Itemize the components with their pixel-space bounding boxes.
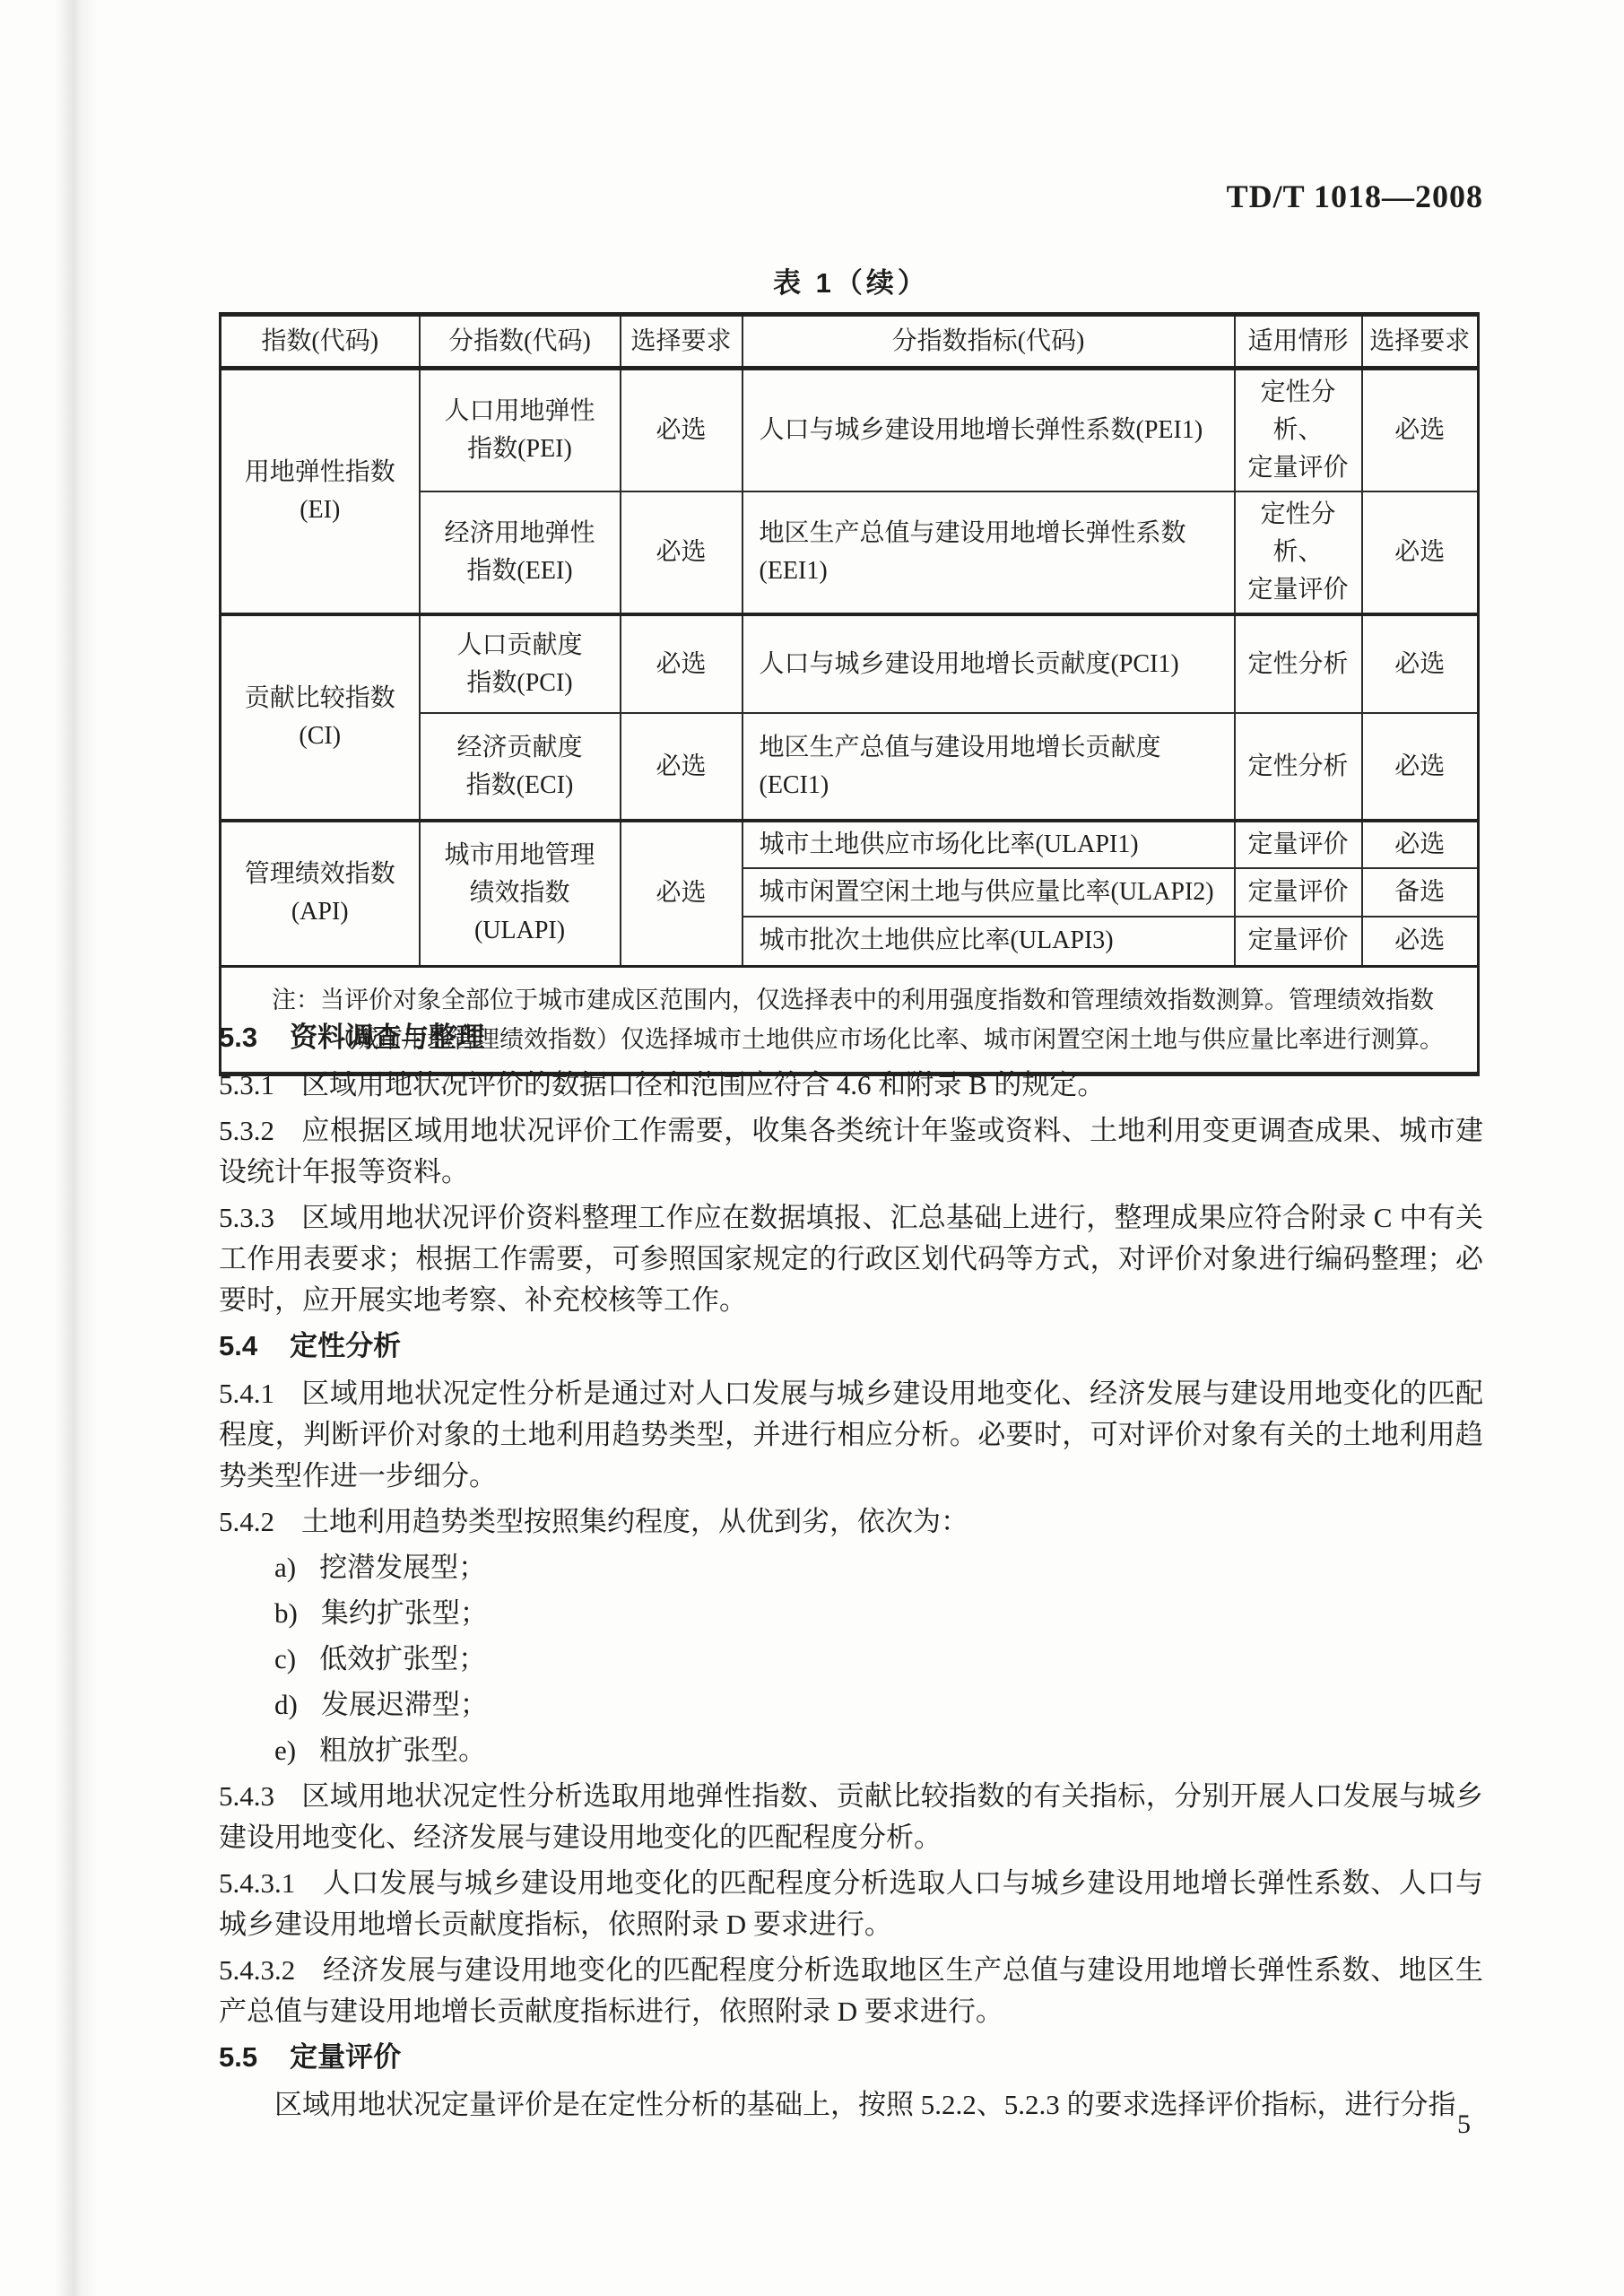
list-text: 粗放扩张型。	[319, 1735, 486, 1766]
cell-ulapi2-situation: 定量评价	[1235, 868, 1362, 917]
cell-pci-indicator: 人口与城乡建设用地增长贡献度(PCI1)	[743, 614, 1235, 713]
section-number: 5.3.1	[219, 1069, 274, 1100]
list-text: 低效扩张型；	[319, 1643, 486, 1674]
list-label: b)	[274, 1597, 298, 1629]
list-label: d)	[274, 1689, 298, 1720]
cell-eei-indicator: 地区生产总值与建设用地增长弹性系数 (EEI1)	[743, 491, 1235, 614]
paragraph-5-4-3: 5.4.3区域用地状况定性分析选取用地弹性指数、贡献比较指数的有关指标，分别开展…	[219, 1776, 1483, 1858]
cell-ulapi3-select: 必选	[1362, 917, 1479, 966]
cell-pei-sub: 人口用地弹性 指数(PEI)	[420, 369, 621, 492]
cell-ulapi3-situation: 定量评价	[1235, 917, 1362, 966]
cell-pci-sub: 人口贡献度 指数(PCI)	[420, 614, 621, 713]
section-number: 5.3.3	[219, 1202, 274, 1233]
section-number: 5.3	[219, 1022, 257, 1053]
cell-eei-situation: 定性分析、 定量评价	[1235, 491, 1362, 614]
paragraph-text: 区域用地状况定性分析选取用地弹性指数、贡献比较指数的有关指标，分别开展人口发展与…	[219, 1780, 1483, 1853]
header-subindex: 分指数(代码)	[420, 315, 621, 369]
list-item-c: c)低效扩张型；	[219, 1639, 1483, 1680]
header-indicator: 分指数指标(代码)	[743, 315, 1235, 369]
section-number: 5.4.3.1	[219, 1867, 295, 1899]
section-title: 资料调查与整理	[290, 1022, 484, 1053]
paragraph-text: 经济发展与建设用地变化的匹配程度分析选取地区生产总值与建设用地增长弹性系数、地区…	[219, 1954, 1483, 2027]
list-item-a: a)挖潜发展型；	[219, 1547, 1483, 1588]
table-row: 管理绩效指数 (API) 城市用地管理 绩效指数 (ULAPI) 必选 城市土地…	[221, 821, 1479, 868]
cell-eci-situation: 定性分析	[1235, 713, 1362, 821]
section-number: 5.4	[219, 1330, 257, 1361]
paragraph-text: 区域用地状况评价的数据口径和范围应符合 4.6 和附录 B 的规定。	[301, 1069, 1105, 1100]
table-row: 用地弹性指数 (EI) 人口用地弹性 指数(PEI) 必选 人口与城乡建设用地增…	[221, 369, 1479, 492]
section-title: 定性分析	[290, 1330, 401, 1361]
cell-eei-sub: 经济用地弹性 指数(EEI)	[420, 491, 621, 614]
indicator-table: 指数(代码) 分指数(代码) 选择要求 分指数指标(代码) 适用情形 选择要求 …	[219, 312, 1480, 1076]
cell-eci-req: 必选	[621, 713, 743, 821]
list-label: e)	[274, 1735, 296, 1766]
cell-api-index: 管理绩效指数 (API)	[221, 821, 420, 966]
cell-ulapi3-indicator: 城市批次土地供应比率(ULAPI3)	[743, 917, 1235, 966]
cell-ulapi1-select: 必选	[1362, 821, 1479, 868]
paragraph-5-4-1: 5.4.1区域用地状况定性分析是通过对人口发展与城乡建设用地变化、经济发展与建设…	[219, 1373, 1483, 1497]
cell-eci-indicator: 地区生产总值与建设用地增长贡献度 (ECI1)	[743, 713, 1235, 821]
paragraph-text: 土地利用趋势类型按照集约程度，从优到劣，依次为：	[301, 1506, 968, 1537]
cell-ci-index: 贡献比较指数 (CI)	[221, 614, 420, 821]
list-text: 集约扩张型；	[321, 1597, 488, 1629]
cell-pci-req: 必选	[621, 614, 743, 713]
cell-ei-index: 用地弹性指数 (EI)	[221, 369, 420, 615]
section-number: 5.5	[219, 2041, 257, 2073]
header-requirement-2: 选择要求	[1362, 315, 1479, 369]
section-number: 5.4.3	[219, 1780, 274, 1812]
cell-pei-indicator: 人口与城乡建设用地增长弹性系数(PEI1)	[743, 369, 1235, 492]
header-index: 指数(代码)	[221, 315, 420, 369]
paragraph-text: 区域用地状况评价资料整理工作应在数据填报、汇总基础上进行，整理成果应符合附录 C…	[219, 1202, 1483, 1316]
cell-ulapi1-situation: 定量评价	[1235, 821, 1362, 868]
standard-code: TD/T 1018—2008	[219, 178, 1483, 215]
section-number: 5.4.2	[219, 1506, 274, 1537]
section-number: 5.3.2	[219, 1115, 274, 1146]
document-page: TD/T 1018—2008 表 1（续） 指数(代码) 分指数(代码) 选择要…	[0, 0, 1624, 2296]
paragraph-5-3-2: 5.3.2应根据区域用地状况评价工作需要，收集各类统计年鉴或资料、土地利用变更调…	[219, 1110, 1483, 1193]
paragraph-5-3-3: 5.3.3区域用地状况评价资料整理工作应在数据填报、汇总基础上进行，整理成果应符…	[219, 1197, 1483, 1321]
table-title: 表 1（续）	[219, 260, 1483, 300]
section-number: 5.4.3.2	[219, 1954, 295, 1986]
cell-eci-sub: 经济贡献度 指数(ECI)	[420, 713, 621, 821]
scan-artifact-line	[56, 0, 97, 2296]
list-item-e: e)粗放扩张型。	[219, 1730, 1483, 1771]
cell-pei-select: 必选	[1362, 369, 1479, 492]
list-label: c)	[274, 1643, 296, 1674]
cell-eei-req: 必选	[621, 491, 743, 614]
table-row: 贡献比较指数 (CI) 人口贡献度 指数(PCI) 必选 人口与城乡建设用地增长…	[221, 614, 1479, 713]
cell-ulapi-req: 必选	[621, 821, 743, 966]
paragraph-text: 应根据区域用地状况评价工作需要，收集各类统计年鉴或资料、土地利用变更调查成果、城…	[219, 1115, 1483, 1187]
cell-ulapi1-indicator: 城市土地供应市场化比率(ULAPI1)	[743, 821, 1235, 868]
list-text: 发展迟滞型；	[321, 1689, 488, 1720]
body-text: 5.3资料调查与整理 5.3.1区域用地状况评价的数据口径和范围应符合 4.6 …	[219, 1017, 1483, 2130]
cell-eei-select: 必选	[1362, 491, 1479, 614]
cell-pei-req: 必选	[621, 369, 743, 492]
paragraph-5-4-3-1: 5.4.3.1人口发展与城乡建设用地变化的匹配程度分析选取人口与城乡建设用地增长…	[219, 1863, 1483, 1945]
header-requirement: 选择要求	[621, 315, 743, 369]
cell-pci-select: 必选	[1362, 614, 1479, 713]
list-item-b: b)集约扩张型；	[219, 1593, 1483, 1634]
table-header-row: 指数(代码) 分指数(代码) 选择要求 分指数指标(代码) 适用情形 选择要求	[221, 315, 1479, 369]
section-heading-5-4: 5.4定性分析	[219, 1326, 1483, 1367]
list-text: 挖潜发展型；	[319, 1552, 486, 1583]
cell-ulapi-sub: 城市用地管理 绩效指数 (ULAPI)	[420, 821, 621, 966]
paragraph-text: 区域用地状况定性分析是通过对人口发展与城乡建设用地变化、经济发展与建设用地变化的…	[219, 1378, 1483, 1492]
paragraph-text: 人口发展与城乡建设用地变化的匹配程度分析选取人口与城乡建设用地增长弹性系数、人口…	[219, 1867, 1483, 1940]
list-label: a)	[274, 1552, 296, 1583]
cell-eci-select: 必选	[1362, 713, 1479, 821]
cell-pei-situation: 定性分析、 定量评价	[1235, 369, 1362, 492]
paragraph-5-4-3-2: 5.4.3.2经济发展与建设用地变化的匹配程度分析选取地区生产总值与建设用地增长…	[219, 1950, 1483, 2032]
cell-ulapi2-select: 备选	[1362, 868, 1479, 917]
section-heading-5-3: 5.3资料调查与整理	[219, 1017, 1483, 1058]
page-number: 5	[219, 2109, 1471, 2140]
cell-pci-situation: 定性分析	[1235, 614, 1362, 713]
list-item-d: d)发展迟滞型；	[219, 1684, 1483, 1726]
section-title: 定量评价	[290, 2041, 401, 2073]
cell-ulapi2-indicator: 城市闲置空闲土地与供应量比率(ULAPI2)	[743, 868, 1235, 917]
header-situation: 适用情形	[1235, 315, 1362, 369]
paragraph-5-4-2: 5.4.2土地利用趋势类型按照集约程度，从优到劣，依次为：	[219, 1501, 1483, 1543]
section-number: 5.4.1	[219, 1378, 274, 1409]
section-heading-5-5: 5.5定量评价	[219, 2037, 1483, 2078]
paragraph-5-3-1: 5.3.1区域用地状况评价的数据口径和范围应符合 4.6 和附录 B 的规定。	[219, 1065, 1483, 1106]
